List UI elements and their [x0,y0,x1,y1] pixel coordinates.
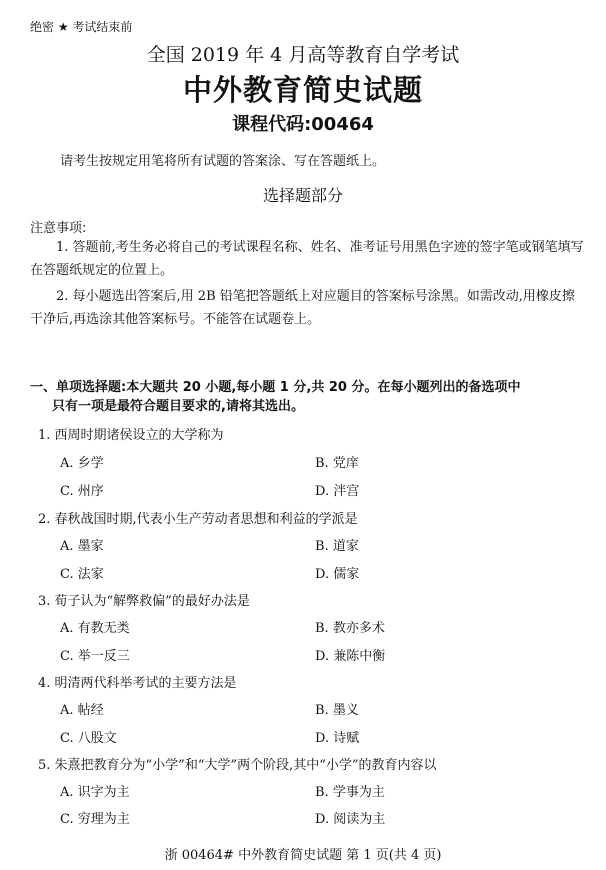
question-2-option-d: D. 儒家 [315,563,359,582]
question-4-option-b: B. 墨义 [315,699,359,718]
notes-heading: 注意事项: [30,217,86,236]
question-3-option-d: D. 兼陈中衡 [315,645,385,664]
exam-session-line: 全国 2019 年 4 月高等教育自学考试 [0,40,606,67]
question-4-option-d: D. 诗赋 [315,727,359,746]
page-footer: 浙 00464# 中外教育简史试题 第 1 页(共 4 页) [0,844,606,863]
question-5-option-a: A. 识字为主 [60,781,130,800]
question-1-option-d: D. 泮宫 [315,480,359,499]
question-4-stem: 4. 明清两代科举考试的主要方法是 [38,672,237,691]
part-one-heading: 一、单项选择题:本大题共 20 小题,每小题 1 分,共 20 分。在每小题列出… [30,378,590,416]
question-5-option-d: D. 阅读为主 [315,808,385,827]
question-1-option-b: B. 党庠 [315,452,359,471]
question-3-option-c: C. 举一反三 [60,645,130,664]
answer-instruction: 请考生按规定用笔将所有试题的答案涂、写在答题纸上。 [60,150,385,169]
question-4-option-a: A. 帖经 [60,699,104,718]
section-title: 选择题部分 [0,183,606,206]
question-2-stem: 2. 春秋战国时期,代表小生产劳动者思想和利益的学派是 [38,508,358,527]
question-3-stem: 3. 荀子认为“解弊救偏”的最好办法是 [38,590,250,609]
note-item-2: 2. 每小题选出答案后,用 2B 铅笔把答题纸上对应题目的答案标号涂黑。如需改动… [30,285,586,331]
question-2-option-b: B. 道家 [315,535,359,554]
question-3-option-a: A. 有教无类 [60,617,130,636]
note-item-1: 1. 答题前,考生务必将自己的考试课程名称、姓名、准考证号用黑色字迹的签字笔或钢… [30,236,586,282]
question-1-stem: 1. 西周时期诸侯设立的大学称为 [38,424,224,443]
part-one-line1: 一、单项选择题:本大题共 20 小题,每小题 1 分,共 20 分。在每小题列出… [30,380,520,395]
question-5-option-c: C. 穷理为主 [60,808,130,827]
confidential-label: 绝密 ★ 考试结束前 [30,18,132,35]
question-4-option-c: C. 八股文 [60,727,117,746]
question-1-option-c: C. 州序 [60,480,104,499]
question-5-option-b: B. 学事为主 [315,781,385,800]
question-1-option-a: A. 乡学 [60,452,104,471]
question-2-option-c: C. 法家 [60,563,104,582]
question-3-option-b: B. 教亦多术 [315,617,385,636]
question-2-option-a: A. 墨家 [60,535,104,554]
course-code: 课程代码:00464 [0,110,606,136]
page-title: 中外教育简史试题 [0,68,606,109]
question-5-stem: 5. 朱熹把教育分为“小学”和“大学”两个阶段,其中“小学”的教育内容以 [38,754,437,773]
part-one-line2: 只有一项是最符合题目要求的,请将其选出。 [30,397,590,416]
